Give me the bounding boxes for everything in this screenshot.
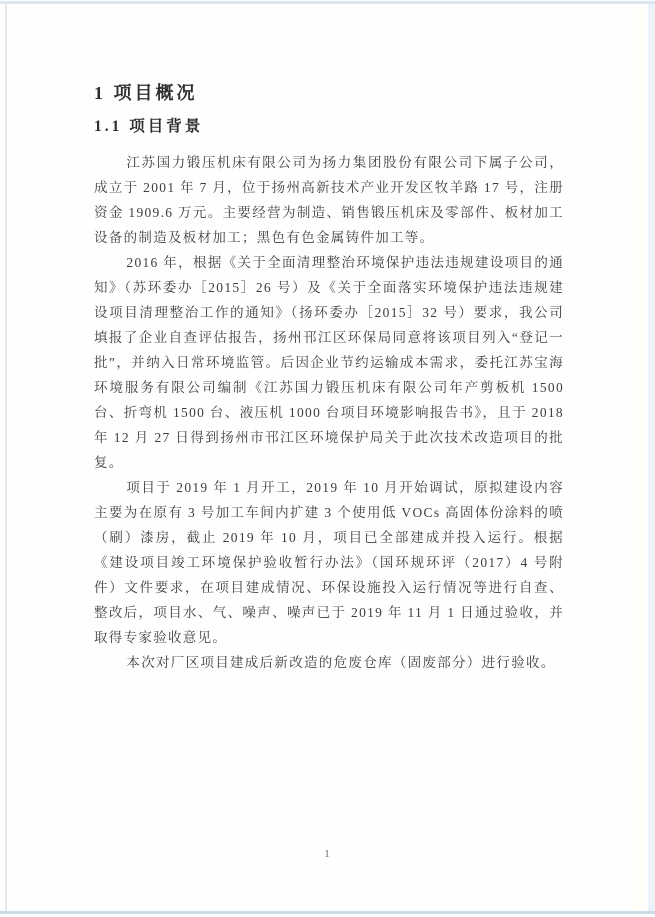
paragraph-1: 江苏国力锻压机床有限公司为扬力集团股份有限公司下属子公司，成立于 2001 年 … [94, 150, 564, 250]
subsection-heading: 1.1 项目背景 [94, 115, 564, 139]
paragraph-4: 本次对厂区项目建成后新改造的危废仓库（固废部分）进行验收。 [94, 650, 564, 675]
scan-edge-left [5, 4, 7, 911]
scan-edge-top [0, 1, 655, 4]
section-heading: 1 项目概况 [94, 80, 564, 106]
scan-edge-warm [633, 4, 645, 911]
document-page: 1 项目概况 1.1 项目背景 江苏国力锻压机床有限公司为扬力集团股份有限公司下… [0, 0, 655, 917]
paragraph-2: 2016 年，根据《关于全面清理整治环境保护违法违规建设项目的通知》（苏环委办［… [94, 250, 564, 475]
scan-edge-right [648, 4, 655, 911]
paragraph-3: 项目于 2019 年 1 月开工，2019 年 10 月开始调试，原拟建设内容主… [94, 475, 564, 650]
scan-edge-bottom [0, 911, 655, 914]
document-body: 1 项目概况 1.1 项目背景 江苏国力锻压机床有限公司为扬力集团股份有限公司下… [94, 80, 564, 675]
page-number: 1 [0, 848, 655, 860]
